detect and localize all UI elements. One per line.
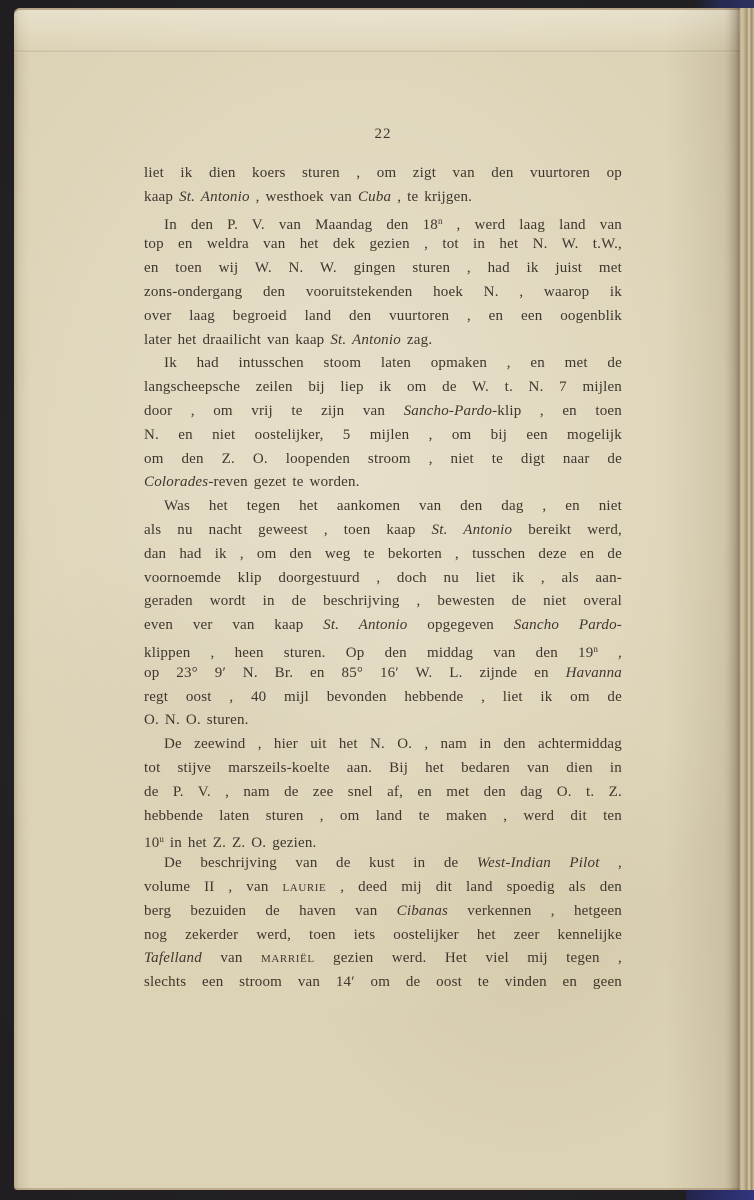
body-text: berg bezuiden de haven van <box>144 903 397 919</box>
text-line: Colorades-reven gezet te worden. <box>144 471 622 495</box>
text-line: top en weldra van het dek gezien , tot i… <box>144 233 622 257</box>
text-line: voornoemde klip doorgestuurd , doch nu l… <box>144 567 622 591</box>
italic-text: Cibanas <box>397 903 448 919</box>
italic-text: Havanna <box>566 665 622 681</box>
text-line: regt oost , 40 mijl bevonden hebbende , … <box>144 686 622 710</box>
body-text: liet ik dien koers sturen , om zigt van … <box>144 165 622 181</box>
body-text: zons-ondergang den vooruitstekenden hoek… <box>144 284 622 300</box>
body-text: als nu nacht geweest , toen kaap <box>144 522 432 538</box>
text-line: Was het tegen het aankomen van den dag ,… <box>144 495 622 519</box>
text-line: klippen , heen sturen. Op den middag van… <box>144 638 622 662</box>
body-text: voornoemde klip doorgestuurd , doch nu l… <box>144 570 622 586</box>
text-line: volume II , van laurie , deed mij dit la… <box>144 876 622 900</box>
text-line: Tafelland van marriël gezien werd. Het v… <box>144 947 622 971</box>
underlying-page-edge <box>14 50 754 53</box>
text-line: later het draailicht van kaap St. Antoni… <box>144 329 622 353</box>
body-text: gezien werd. Het viel mij tegen , <box>315 950 622 966</box>
body-text: , <box>598 645 622 661</box>
text-line: O. N. O. sturen. <box>144 709 622 733</box>
text-line: door , om vrij te zijn van Sancho-Pardo-… <box>144 400 622 424</box>
text-line: nog zekerder werd, toen iets oostelijker… <box>144 924 622 948</box>
body-text: verkennen , hetgeen <box>448 903 622 919</box>
text-line: en toen wij W. N. W. gingen sturen , had… <box>144 257 622 281</box>
italic-text: St. Antonio <box>330 332 401 348</box>
body-text: door , om vrij te zijn van <box>144 403 404 419</box>
italic-text: St. Antonio <box>323 617 407 633</box>
italic-text: St. Antonio <box>432 522 513 538</box>
body-text: , westhoek van <box>250 189 358 205</box>
body-text: zag. <box>401 332 432 348</box>
italic-text: West-Indian Pilot <box>477 855 600 871</box>
italic-text: St. Antonio <box>179 189 250 205</box>
body-text: de P. V. , nam de zee snel af, en met de… <box>144 784 622 800</box>
body-text: nog zekerder werd, toen iets oostelijker… <box>144 927 622 943</box>
italic-text: Cuba <box>358 189 391 205</box>
body-text: , <box>600 855 622 871</box>
text-line: als nu nacht geweest , toen kaap St. Ant… <box>144 519 622 543</box>
text-line: N. en niet oostelijker, 5 mijlen , om bi… <box>144 424 622 448</box>
body-text: bereikt werd, <box>512 522 622 538</box>
body-text: In den P. V. van Maandag den 18 <box>164 217 438 233</box>
text-line: slechts een stroom van 14′ om de oost te… <box>144 971 622 995</box>
text-line: de P. V. , nam de zee snel af, en met de… <box>144 781 622 805</box>
body-text: en toen wij W. N. W. gingen sturen , had… <box>144 260 622 276</box>
body-text: regt oost , 40 mijl bevonden hebbende , … <box>144 689 622 705</box>
text-line: om den Z. O. loopenden stroom , niet te … <box>144 448 622 472</box>
text-line: 10u in het Z. Z. O. gezien. <box>144 828 622 852</box>
body-text: , deed mij dit land spoedig als den <box>326 879 622 895</box>
text-line: op 23° 9′ N. Br. en 85° 16′ W. L. zijnde… <box>144 662 622 686</box>
body-text: dan had ik , om den weg te bekorten , tu… <box>144 546 622 562</box>
text-line: geraden wordt in de beschrijving , bewes… <box>144 590 622 614</box>
body-text: -reven gezet te worden. <box>208 474 359 490</box>
smallcaps-text: laurie <box>282 879 326 895</box>
body-text: in het Z. Z. O. gezien. <box>164 835 317 851</box>
body-text: opgegeven <box>408 617 514 633</box>
body-text: slechts een stroom van 14′ om de oost te… <box>144 974 622 990</box>
body-text: klippen , heen sturen. Op den middag van… <box>144 645 593 661</box>
body-text: langscheepsche zeilen bij liep ik om de … <box>144 379 622 395</box>
text-line: kaap St. Antonio , westhoek van Cuba , t… <box>144 186 622 210</box>
body-text: De beschrijving van de kust in de <box>164 855 477 871</box>
body-text: van <box>202 950 261 966</box>
text-line: over laag begroeid land den vuurtoren , … <box>144 305 622 329</box>
page-fore-edge <box>724 8 754 1190</box>
body-text: top en weldra van het dek gezien , tot i… <box>144 236 622 252</box>
text-line: hebbende laten sturen , om land te maken… <box>144 805 622 829</box>
book-page: 22 liet ik dien koers sturen , om zigt v… <box>14 8 754 1190</box>
body-text: even ver van kaap <box>144 617 323 633</box>
body-text: Was het tegen het aankomen van den dag ,… <box>164 498 622 514</box>
text-line: tot stijve marszeils-koelte aan. Bij het… <box>144 757 622 781</box>
body-text: De zeewind , hier uit het N. O. , nam in… <box>164 736 622 752</box>
text-line: De zeewind , hier uit het N. O. , nam in… <box>144 733 622 757</box>
body-text: N. en niet oostelijker, 5 mijlen , om bi… <box>144 427 622 443</box>
scan-stage: 22 liet ik dien koers sturen , om zigt v… <box>0 0 754 1200</box>
body-text: O. N. O. sturen. <box>144 712 249 728</box>
text-line: langscheepsche zeilen bij liep ik om de … <box>144 376 622 400</box>
body-text: 10 <box>144 835 159 851</box>
body-text: geraden wordt in de beschrijving , bewes… <box>144 593 622 609</box>
body-text: kaap <box>144 189 179 205</box>
italic-text: Tafelland <box>144 950 202 966</box>
body-text: volume II , van <box>144 879 282 895</box>
italic-text: Colorades <box>144 474 208 490</box>
text-line: In den P. V. van Maandag den 18n , werd … <box>144 210 622 234</box>
page-number: 22 <box>144 126 622 143</box>
italic-text: Sancho-Pardo <box>404 403 493 419</box>
body-text: , te krijgen. <box>391 189 472 205</box>
body-text: hebbende laten sturen , om land te maken… <box>144 808 622 824</box>
text-line: zons-ondergang den vooruitstekenden hoek… <box>144 281 622 305</box>
text-line: De beschrijving van de kust in de West-I… <box>144 852 622 876</box>
body-text: over laag begroeid land den vuurtoren , … <box>144 308 622 324</box>
body-text: om den Z. O. loopenden stroom , niet te … <box>144 451 622 467</box>
body-text: , werd laag land van <box>443 217 622 233</box>
text-line: Ik had intusschen stoom laten opmaken , … <box>144 352 622 376</box>
text-line: berg bezuiden de haven van Cibanas verke… <box>144 900 622 924</box>
smallcaps-text: marriël <box>261 950 315 966</box>
body-text: - <box>617 617 622 633</box>
text-line: liet ik dien koers sturen , om zigt van … <box>144 162 622 186</box>
body-text: later het draailicht van kaap <box>144 332 330 348</box>
text-line: even ver van kaap St. Antonio opgegeven … <box>144 614 622 638</box>
text-line: dan had ik , om den weg te bekorten , tu… <box>144 543 622 567</box>
body-text: -klip , en toen <box>492 403 622 419</box>
body-text: op 23° 9′ N. Br. en 85° 16′ W. L. zijnde… <box>144 665 566 681</box>
body-text: tot stijve marszeils-koelte aan. Bij het… <box>144 760 622 776</box>
page-text: liet ik dien koers sturen , om zigt van … <box>144 162 622 995</box>
italic-text: Sancho Pardo <box>514 617 617 633</box>
body-text: Ik had intusschen stoom laten opmaken , … <box>164 355 622 371</box>
